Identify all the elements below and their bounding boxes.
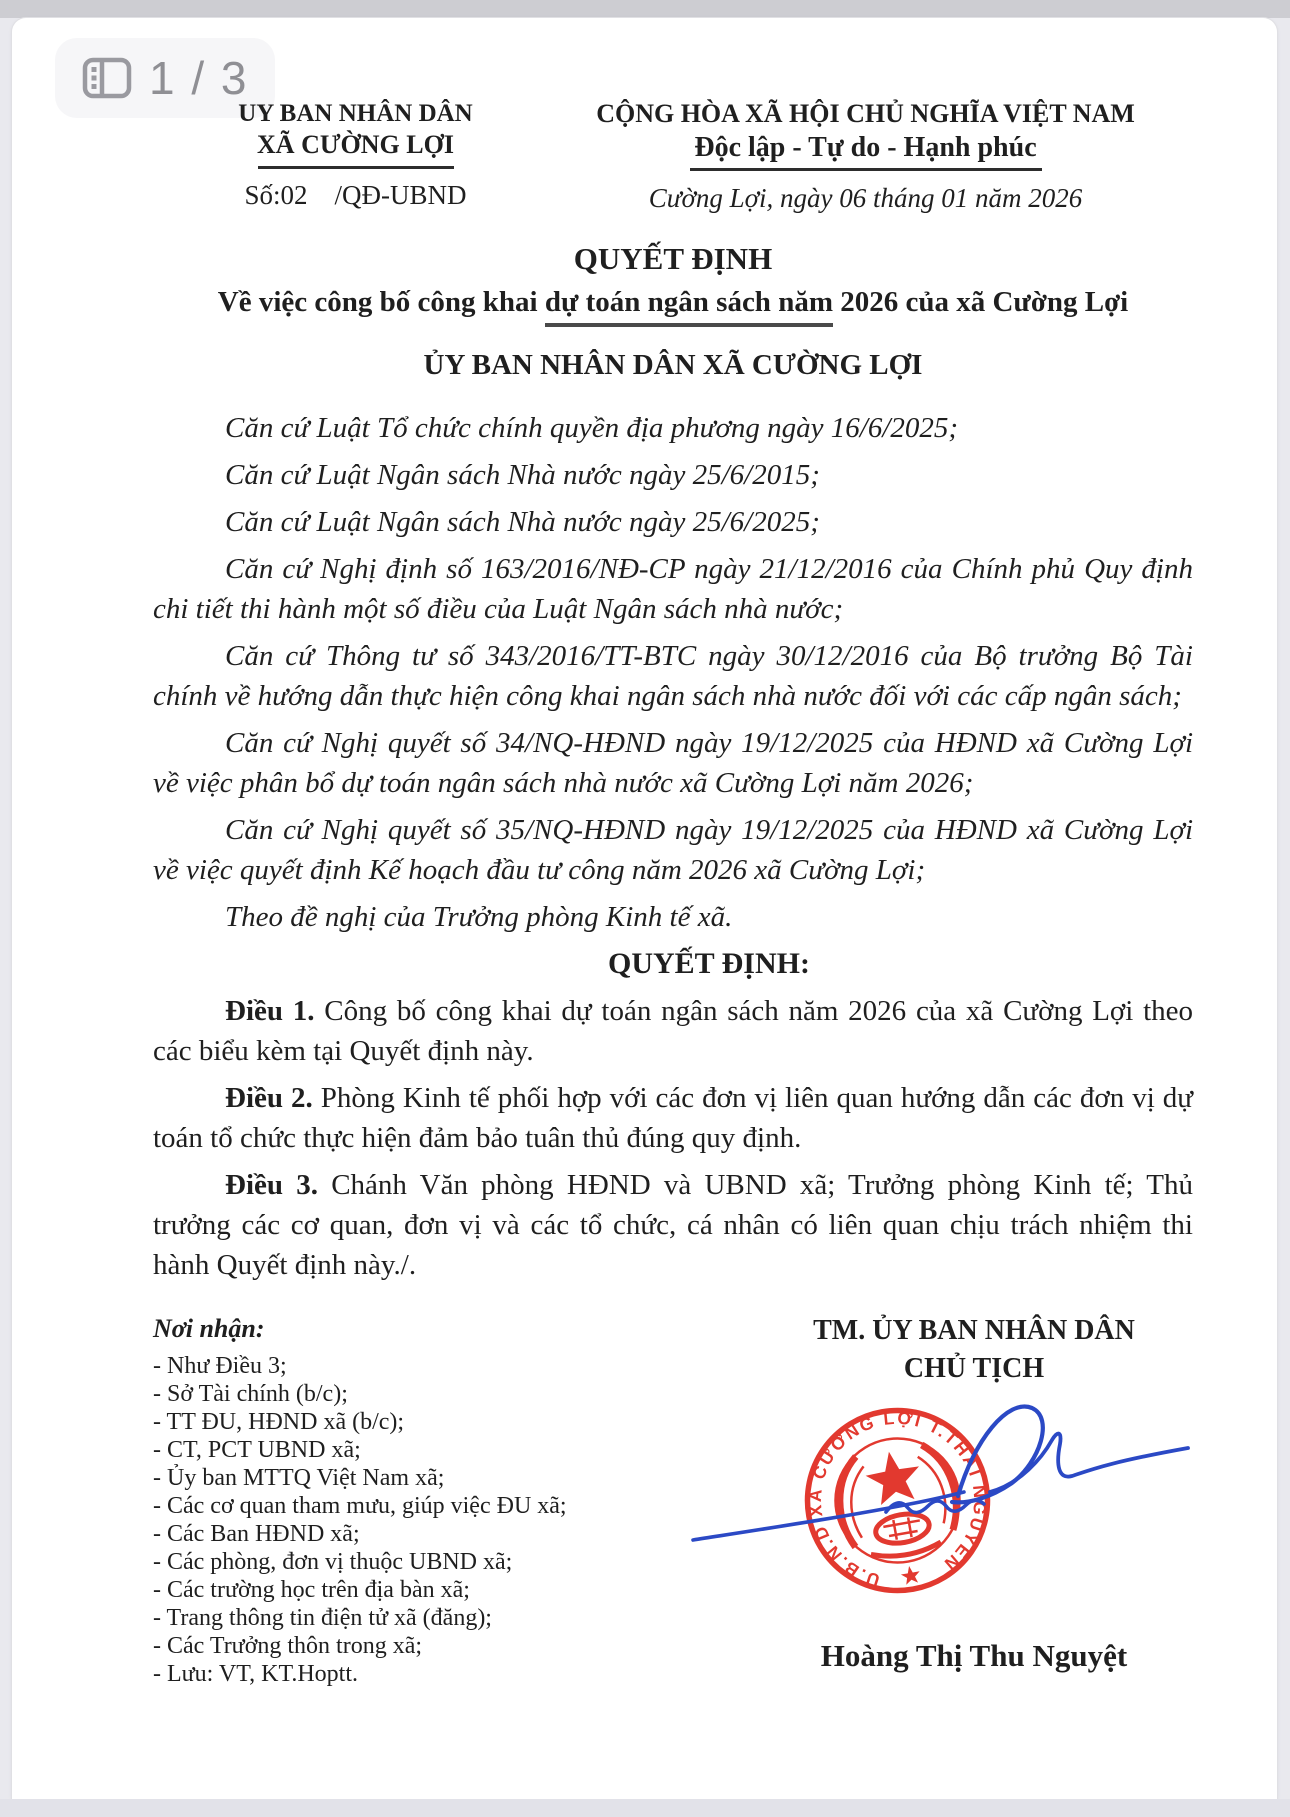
recipient-item: - Các Trưởng thôn trong xã; [153, 1632, 633, 1660]
thumbnails-sidebar-icon [81, 56, 133, 100]
recipient-item: - Như Điều 3; [153, 1352, 633, 1380]
stamp-and-signature: U.B.N.D XÃ CƯỜNG LỢI T.THÁI NGUYÊN [754, 1386, 1194, 1638]
article-label: Điều 1. [225, 995, 315, 1027]
national-motto-line1: CỘNG HÒA XÃ HỘI CHỦ NGHĨA VIỆT NAM [583, 98, 1148, 129]
recipient-item: - Các phòng, đơn vị thuộc UBND xã; [153, 1548, 633, 1576]
preamble-paragraph: Căn cứ Thông tư số 343/2016/TT-BTC ngày … [153, 636, 1193, 716]
preamble-paragraph: Căn cứ Nghị quyết số 35/NQ-HĐND ngày 19/… [153, 810, 1193, 890]
article-paragraph: Điều 3. Chánh Văn phòng HĐND và UBND xã;… [153, 1165, 1193, 1285]
article-paragraph: Điều 2. Phòng Kinh tế phối hợp với các đ… [153, 1078, 1193, 1158]
national-underline-rule [690, 168, 1042, 171]
recipients-list: - Như Điều 3; - Sở Tài chính (b/c); - TT… [153, 1352, 633, 1688]
article-paragraph: Điều 1. Công bố công khai dự toán ngân s… [153, 991, 1193, 1071]
handwritten-signature [690, 1388, 1190, 1558]
document-title: QUYẾT ĐỊNH [153, 240, 1193, 278]
org-underline-rule [258, 166, 454, 169]
document-body: Căn cứ Luật Tổ chức chính quyền địa phươ… [153, 408, 1193, 1285]
article-label: Điều 3. [225, 1169, 318, 1201]
issuing-org-block: UY BAN NHÂN DÂN XÃ CƯỜNG LỢI Số:02 /QĐ-U… [183, 98, 528, 211]
issuing-authority-line: ỦY BAN NHÂN DÂN XÃ CƯỜNG LỢI [153, 349, 1193, 382]
signer-name: Hoàng Thị Thu Nguyệt [754, 1638, 1194, 1674]
viewer-bottom-band [0, 1799, 1290, 1817]
recipient-item: - Các Ban HĐND xã; [153, 1520, 633, 1548]
recipient-item: - CT, PCT UBND xã; [153, 1436, 633, 1464]
preamble-paragraph: Căn cứ Luật Tổ chức chính quyền địa phươ… [153, 408, 1193, 448]
place-and-date: Cường Lợi, ngày 06 tháng 01 năm 2026 [583, 183, 1148, 214]
subtitle-prefix: Về việc công bố công khai [218, 286, 545, 318]
preamble-paragraph: Theo đề nghị của Trưởng phòng Kinh tế xã… [153, 897, 1193, 937]
viewer-top-band [0, 0, 1290, 18]
article-label: Điều 2. [225, 1082, 313, 1114]
document-number: Số:02 /QĐ-UBND [183, 180, 528, 211]
signer-position: CHỦ TỊCH [754, 1352, 1194, 1386]
recipient-item: - Các cơ quan tham mưu, giúp việc ĐU xã; [153, 1492, 633, 1520]
recipient-item: - Lưu: VT, KT.Hoptt. [153, 1660, 633, 1688]
preamble-paragraph: Căn cứ Nghị định số 163/2016/NĐ-CP ngày … [153, 549, 1193, 629]
document-page: 1 / 3 UY BAN NHÂN DÂN XÃ CƯỜNG LỢI Số:02… [12, 18, 1277, 1799]
org-name-line1: UY BAN NHÂN DÂN [183, 98, 528, 129]
document-header: UY BAN NHÂN DÂN XÃ CƯỜNG LỢI Số:02 /QĐ-U… [153, 98, 1193, 230]
preamble-paragraph: Căn cứ Nghị quyết số 34/NQ-HĐND ngày 19/… [153, 723, 1193, 803]
recipient-item: - TT ĐU, HĐND xã (b/c); [153, 1408, 633, 1436]
org-name-line2: XÃ CƯỜNG LỢI [183, 129, 528, 161]
decision-heading: QUYẾT ĐỊNH: [153, 944, 1193, 984]
recipient-item: - Trang thông tin điện tử xã (đăng); [153, 1604, 633, 1632]
document-content: UY BAN NHÂN DÂN XÃ CƯỜNG LỢI Số:02 /QĐ-U… [153, 98, 1193, 1292]
recipient-item: - Các trường học trên địa bàn xã; [153, 1576, 633, 1604]
recipient-item: - Ủy ban MTTQ Việt Nam xã; [153, 1464, 633, 1492]
national-motto-line2: Độc lập - Tự do - Hạnh phúc [583, 131, 1148, 164]
recipients-block: Nơi nhận: - Như Điều 3; - Sở Tài chính (… [153, 1314, 633, 1688]
signature-block: TM. ỦY BAN NHÂN DÂN CHỦ TỊCH [754, 1314, 1194, 1674]
page-indicator-label: 1 / 3 [149, 51, 249, 105]
subtitle-suffix: 2026 của xã Cường Lợi [833, 286, 1128, 318]
recipient-item: - Sở Tài chính (b/c); [153, 1380, 633, 1408]
national-header-block: CỘNG HÒA XÃ HỘI CHỦ NGHĨA VIỆT NAM Độc l… [583, 98, 1148, 214]
subtitle-underlined-segment: dự toán ngân sách năm [545, 284, 833, 327]
preamble-paragraph: Căn cứ Luật Ngân sách Nhà nước ngày 25/6… [153, 502, 1193, 542]
signing-authority: TM. ỦY BAN NHÂN DÂN [754, 1314, 1194, 1348]
document-title-block: QUYẾT ĐỊNH Về việc công bố công khai dự … [153, 240, 1193, 382]
document-viewer: { "page_indicator": { "label": "1 / 3" }… [0, 0, 1290, 1817]
recipients-heading: Nơi nhận: [153, 1314, 633, 1344]
document-subtitle: Về việc công bố công khai dự toán ngân s… [153, 284, 1193, 327]
preamble-paragraph: Căn cứ Luật Ngân sách Nhà nước ngày 25/6… [153, 455, 1193, 495]
